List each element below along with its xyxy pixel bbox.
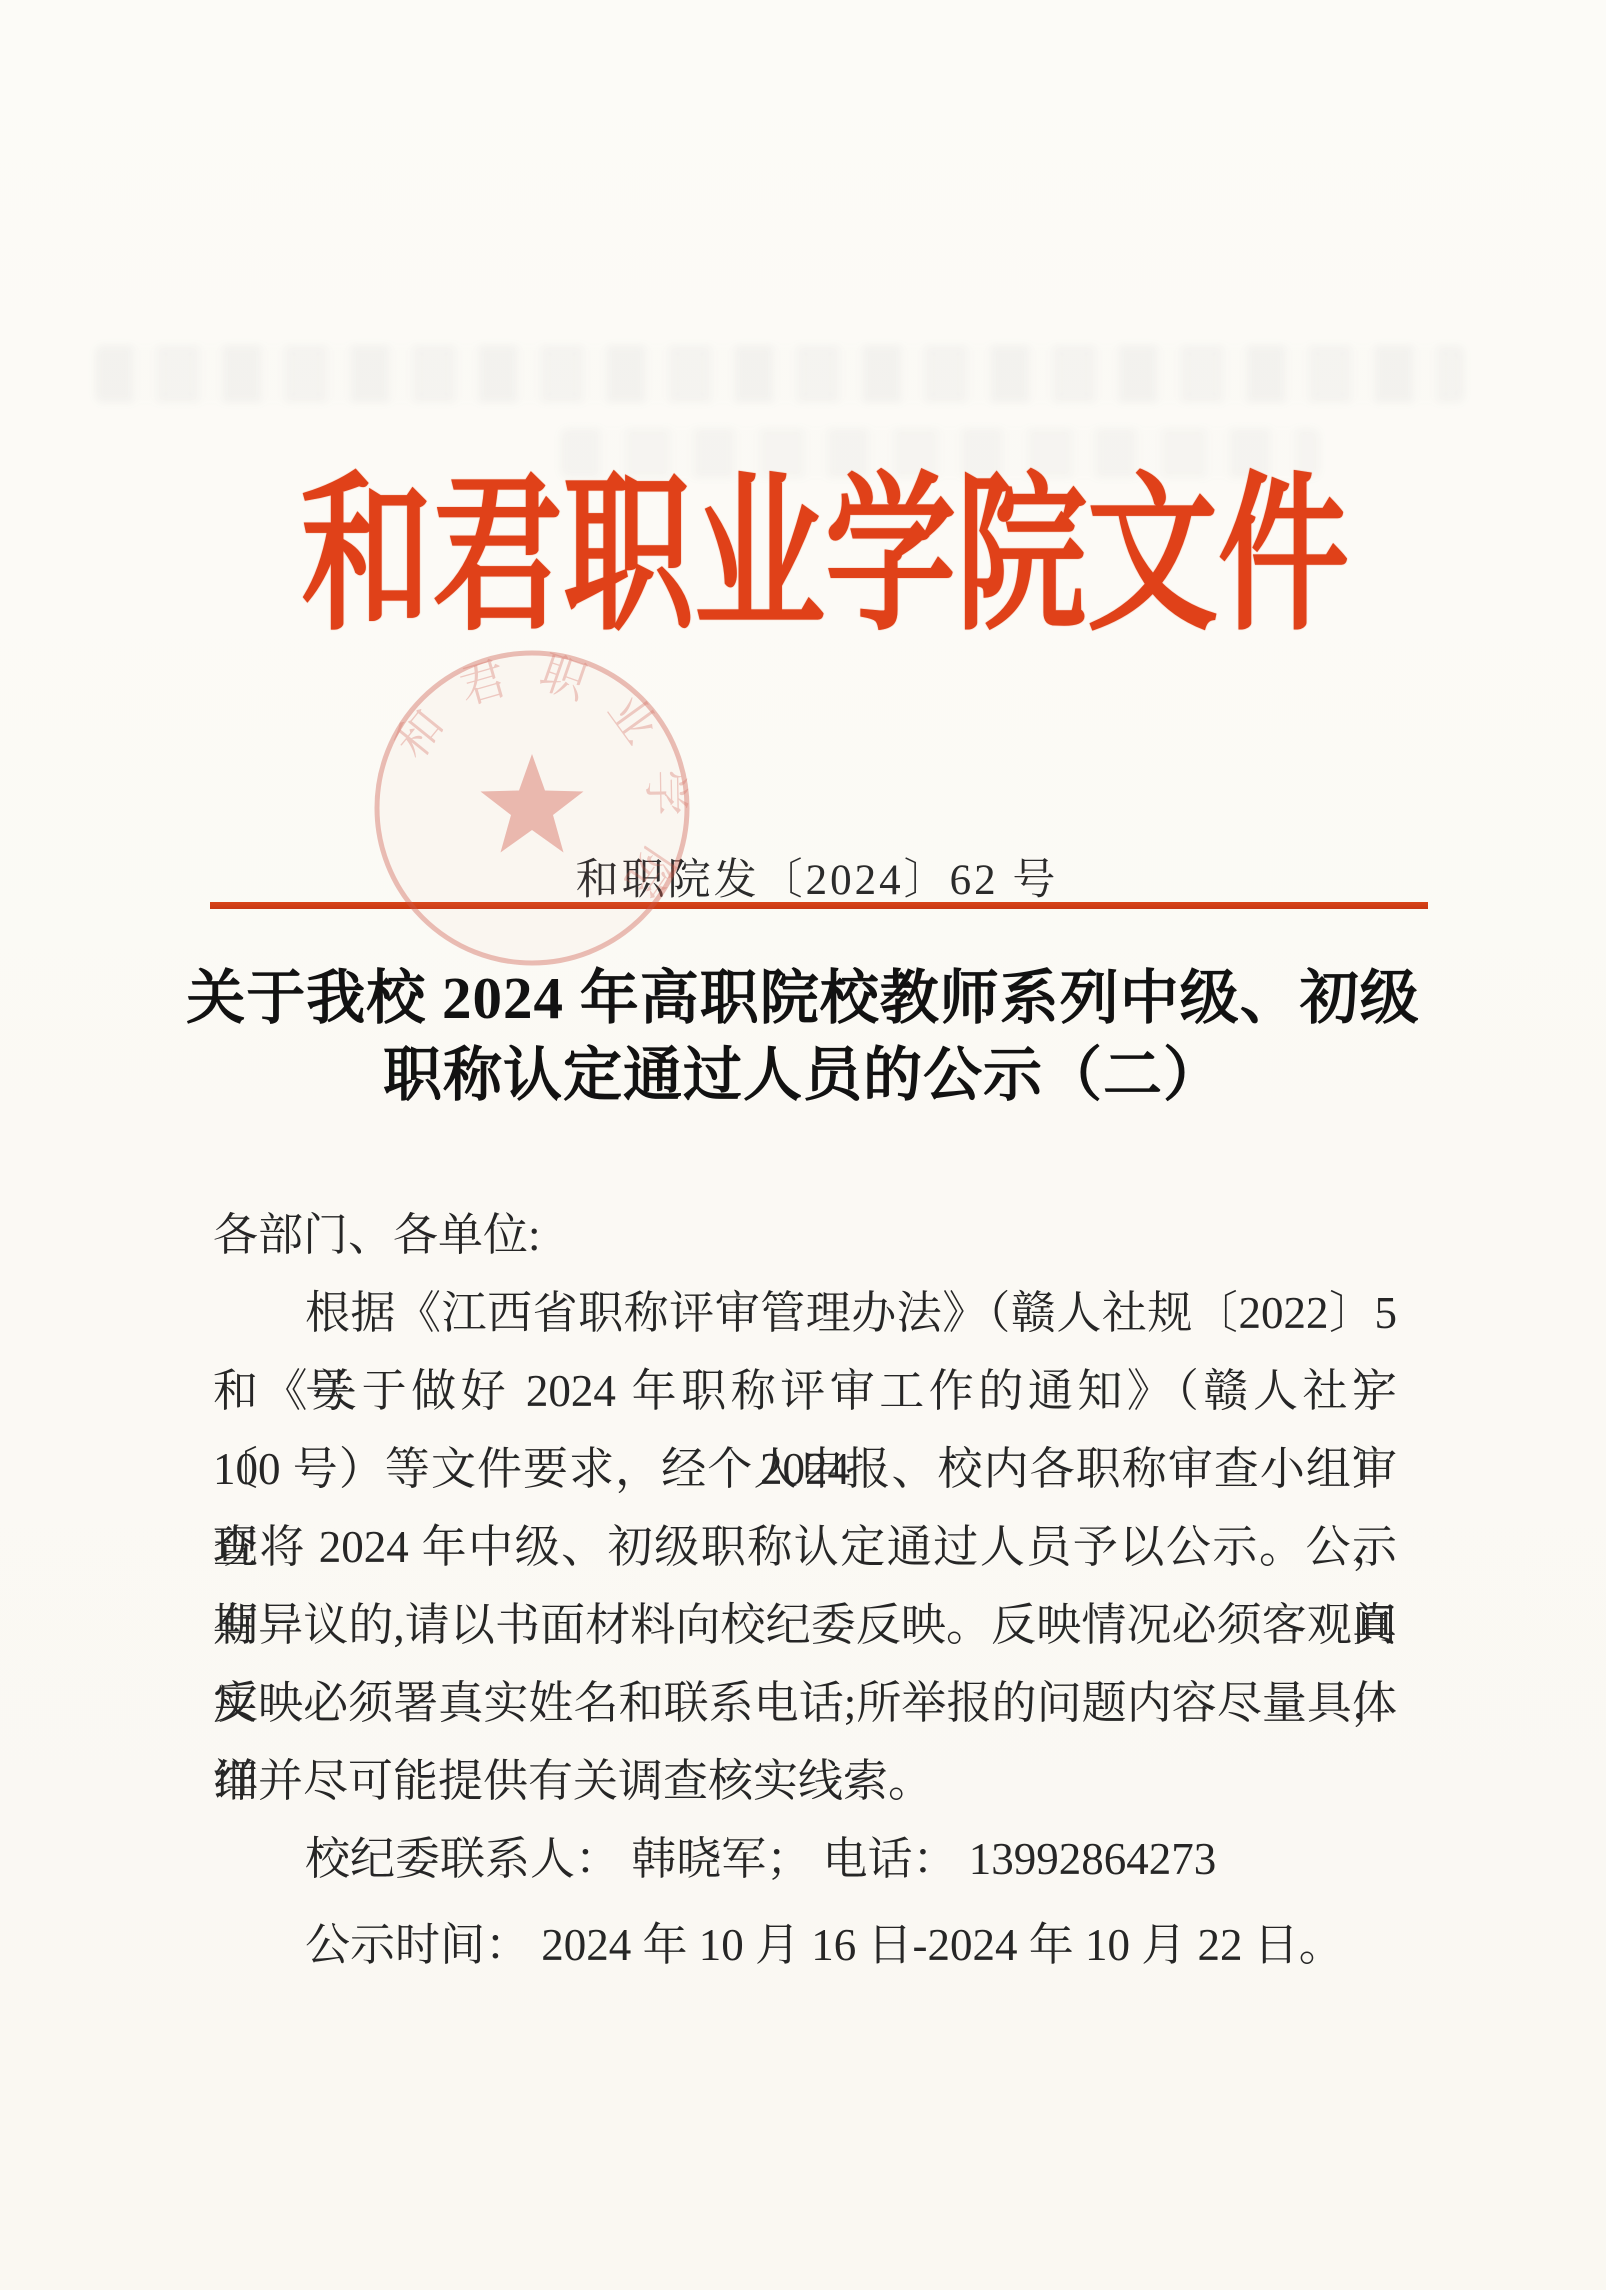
document-body: 各部门、各单位: 根据《江西省职称评审管理办法》（赣人社规〔2022〕5 号） … (213, 1196, 1397, 1984)
body-line: 有异议的,请以书面材料向校纪委反映。反映情况必须客观真实， (213, 1586, 1397, 1664)
document-page: 和君职业学院文件 和君职业学院 和职院发〔2024〕62 号 关于我校 2024… (0, 0, 1606, 2290)
heading-line-1: 关于我校 2024 年高职院校教师系列中级、初级 (0, 960, 1606, 1037)
body-line: 细并尽可能提供有关调查核实线索。 (213, 1742, 1397, 1820)
salutation-line: 各部门、各单位: (213, 1196, 1397, 1274)
bleed-through-artifact (95, 345, 1465, 403)
contact-line: 校纪委联系人： 韩晓军； 电话： 13992864273 (213, 1820, 1397, 1898)
publicity-period-line: 公示时间： 2024 年 10 月 16 日-2024 年 10 月 22 日。 (213, 1906, 1397, 1984)
heading-line-2: 职称认定通过人员的公示（二） (0, 1037, 1606, 1114)
document-heading: 关于我校 2024 年高职院校教师系列中级、初级 职称认定通过人员的公示（二） (0, 960, 1606, 1114)
body-line: 100 号）等文件要求，经个人申报、校内各职称审查小组审查， (213, 1430, 1397, 1508)
official-seal: 和君职业学院 (372, 648, 692, 968)
body-line: 反映必须署真实姓名和联系电话;所举报的问题内容尽量具体详 (213, 1664, 1397, 1742)
seal-star-icon: 和君职业学院 (372, 648, 692, 968)
document-number: 和职院发〔2024〕62 号 (14, 846, 1606, 907)
masthead-title: 和君职业学院文件 (22, 472, 1606, 642)
body-line: 现将 2024 年中级、初级职称认定通过人员予以公示。公示期间 (213, 1508, 1397, 1586)
body-line: 和《关于做好 2024 年职称评审工作的通知》（赣人社字〔2024〕 (213, 1352, 1397, 1430)
body-line: 根据《江西省职称评审管理办法》（赣人社规〔2022〕5 号） (213, 1274, 1397, 1352)
